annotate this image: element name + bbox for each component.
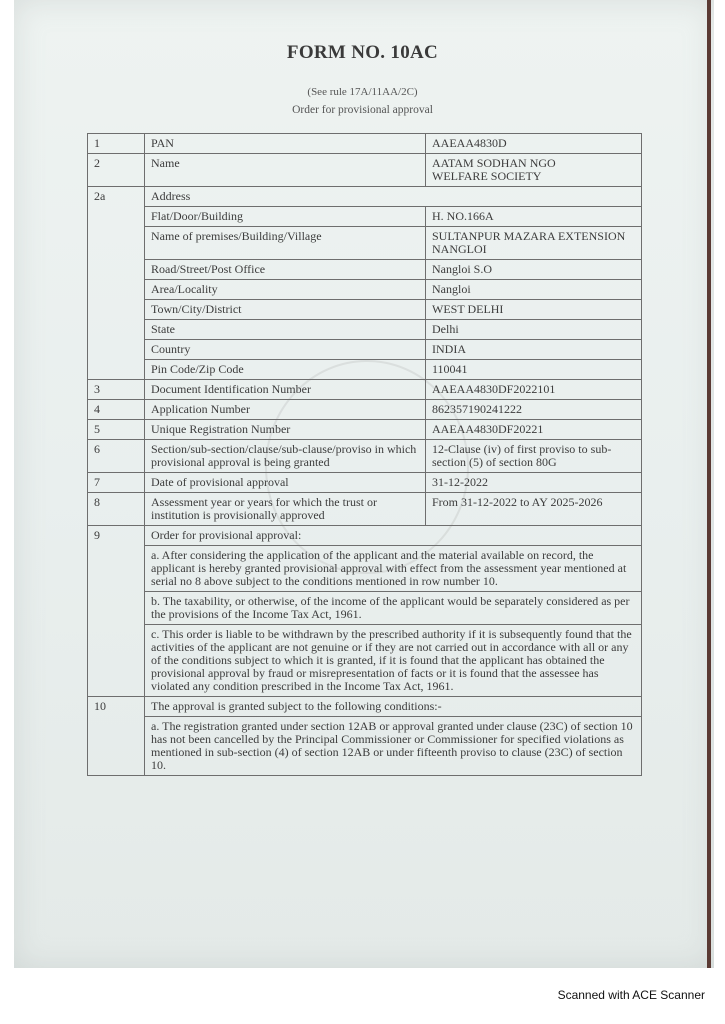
serial-number: 5 xyxy=(88,420,145,440)
serial-number: 4 xyxy=(88,400,145,420)
field-value: H. NO.166A xyxy=(426,207,642,227)
order-clause-a: a. After considering the application of … xyxy=(145,546,642,592)
serial-number: 6 xyxy=(88,440,145,473)
serial-number: 8 xyxy=(88,493,145,526)
table-row: 4 Application Number 862357190241222 xyxy=(88,400,642,420)
field-label: Document Identification Number xyxy=(145,380,426,400)
field-value: 110041 xyxy=(426,360,642,380)
address-row: Town/City/DistrictWEST DELHI xyxy=(88,300,642,320)
field-label: Unique Registration Number xyxy=(145,420,426,440)
urn-value: AAEAA4830DF20221 xyxy=(426,420,642,440)
field-value: INDIA xyxy=(426,340,642,360)
table-row: 1 PAN AAEAA4830D xyxy=(88,134,642,154)
field-label: Flat/Door/Building xyxy=(145,207,426,227)
serial-number: 9 xyxy=(88,526,145,697)
approval-table: 1 PAN AAEAA4830D 2 Name AATAM SODHAN NGO… xyxy=(87,133,642,776)
field-value: Nangloi S.O xyxy=(426,260,642,280)
address-row: Flat/Door/BuildingH. NO.166A xyxy=(88,207,642,227)
rule-reference: (See rule 17A/11AA/2C) xyxy=(0,86,725,98)
section-value: 12-Clause (iv) of first proviso to sub-s… xyxy=(426,440,642,473)
address-heading: Address xyxy=(145,187,642,207)
serial-number: 2a xyxy=(88,187,145,380)
approval-date-value: 31-12-2022 xyxy=(426,473,642,493)
table-row: 2 Name AATAM SODHAN NGOWELFARE SOCIETY xyxy=(88,154,642,187)
din-value: AAEAA4830DF2022101 xyxy=(426,380,642,400)
address-row: Road/Street/Post OfficeNangloi S.O xyxy=(88,260,642,280)
form-subtitle: Order for provisional approval xyxy=(0,104,725,116)
address-row: CountryINDIA xyxy=(88,340,642,360)
field-value: Nangloi xyxy=(426,280,642,300)
order-clause: c. This order is liable to be withdrawn … xyxy=(88,625,642,697)
table-row: 5 Unique Registration Number AAEAA4830DF… xyxy=(88,420,642,440)
table-row: 7 Date of provisional approval 31-12-202… xyxy=(88,473,642,493)
form-title: FORM NO. 10AC xyxy=(0,42,725,64)
order-clause: a. After considering the application of … xyxy=(88,546,642,592)
pan-value: AAEAA4830D xyxy=(426,134,642,154)
address-row: StateDelhi xyxy=(88,320,642,340)
field-label: Country xyxy=(145,340,426,360)
table-row: 6 Section/sub-section/clause/sub-clause/… xyxy=(88,440,642,473)
field-label: Section/sub-section/clause/sub-clause/pr… xyxy=(145,440,426,473)
name-value: AATAM SODHAN NGOWELFARE SOCIETY xyxy=(426,154,642,187)
field-value: WEST DELHI xyxy=(426,300,642,320)
field-label: Road/Street/Post Office xyxy=(145,260,426,280)
table-row: 9 Order for provisional approval: xyxy=(88,526,642,546)
condition-clause-a: a. The registration granted under sectio… xyxy=(145,717,642,776)
table-row: 8 Assessment year or years for which the… xyxy=(88,493,642,526)
conditions-heading: The approval is granted subject to the f… xyxy=(145,697,642,717)
field-label: Area/Locality xyxy=(145,280,426,300)
serial-number: 1 xyxy=(88,134,145,154)
table-row: 10 The approval is granted subject to th… xyxy=(88,697,642,717)
field-label: Application Number xyxy=(145,400,426,420)
order-heading: Order for provisional approval: xyxy=(145,526,642,546)
order-clause-c: c. This order is liable to be withdrawn … xyxy=(145,625,642,697)
field-label: Pin Code/Zip Code xyxy=(145,360,426,380)
address-row: Name of premises/Building/VillageSULTANP… xyxy=(88,227,642,260)
field-value: SULTANPUR MAZARA EXTENSION NANGLOI xyxy=(426,227,642,260)
field-label: State xyxy=(145,320,426,340)
table-row: 3 Document Identification Number AAEAA48… xyxy=(88,380,642,400)
application-number-value: 862357190241222 xyxy=(426,400,642,420)
name-line-1: AATAM SODHAN NGO xyxy=(432,156,556,170)
condition-clause: a. The registration granted under sectio… xyxy=(88,717,642,776)
address-row: Area/LocalityNangloi xyxy=(88,280,642,300)
address-row: Pin Code/Zip Code110041 xyxy=(88,360,642,380)
serial-number: 2 xyxy=(88,154,145,187)
scanner-watermark: Scanned with ACE Scanner xyxy=(558,988,705,1002)
field-value: Delhi xyxy=(426,320,642,340)
field-label: Assessment year or years for which the t… xyxy=(145,493,426,526)
serial-number: 7 xyxy=(88,473,145,493)
serial-number: 10 xyxy=(88,697,145,776)
field-label: Date of provisional approval xyxy=(145,473,426,493)
order-clause-b: b. The taxability, or otherwise, of the … xyxy=(145,592,642,625)
assessment-year-value: From 31-12-2022 to AY 2025-2026 xyxy=(426,493,642,526)
serial-number: 3 xyxy=(88,380,145,400)
field-label: Name xyxy=(145,154,426,187)
field-label: Town/City/District xyxy=(145,300,426,320)
name-line-2: WELFARE SOCIETY xyxy=(432,169,541,183)
page-edge xyxy=(707,0,711,968)
field-label: Name of premises/Building/Village xyxy=(145,227,426,260)
table-row: 2a Address xyxy=(88,187,642,207)
order-clause: b. The taxability, or otherwise, of the … xyxy=(88,592,642,625)
field-label: PAN xyxy=(145,134,426,154)
